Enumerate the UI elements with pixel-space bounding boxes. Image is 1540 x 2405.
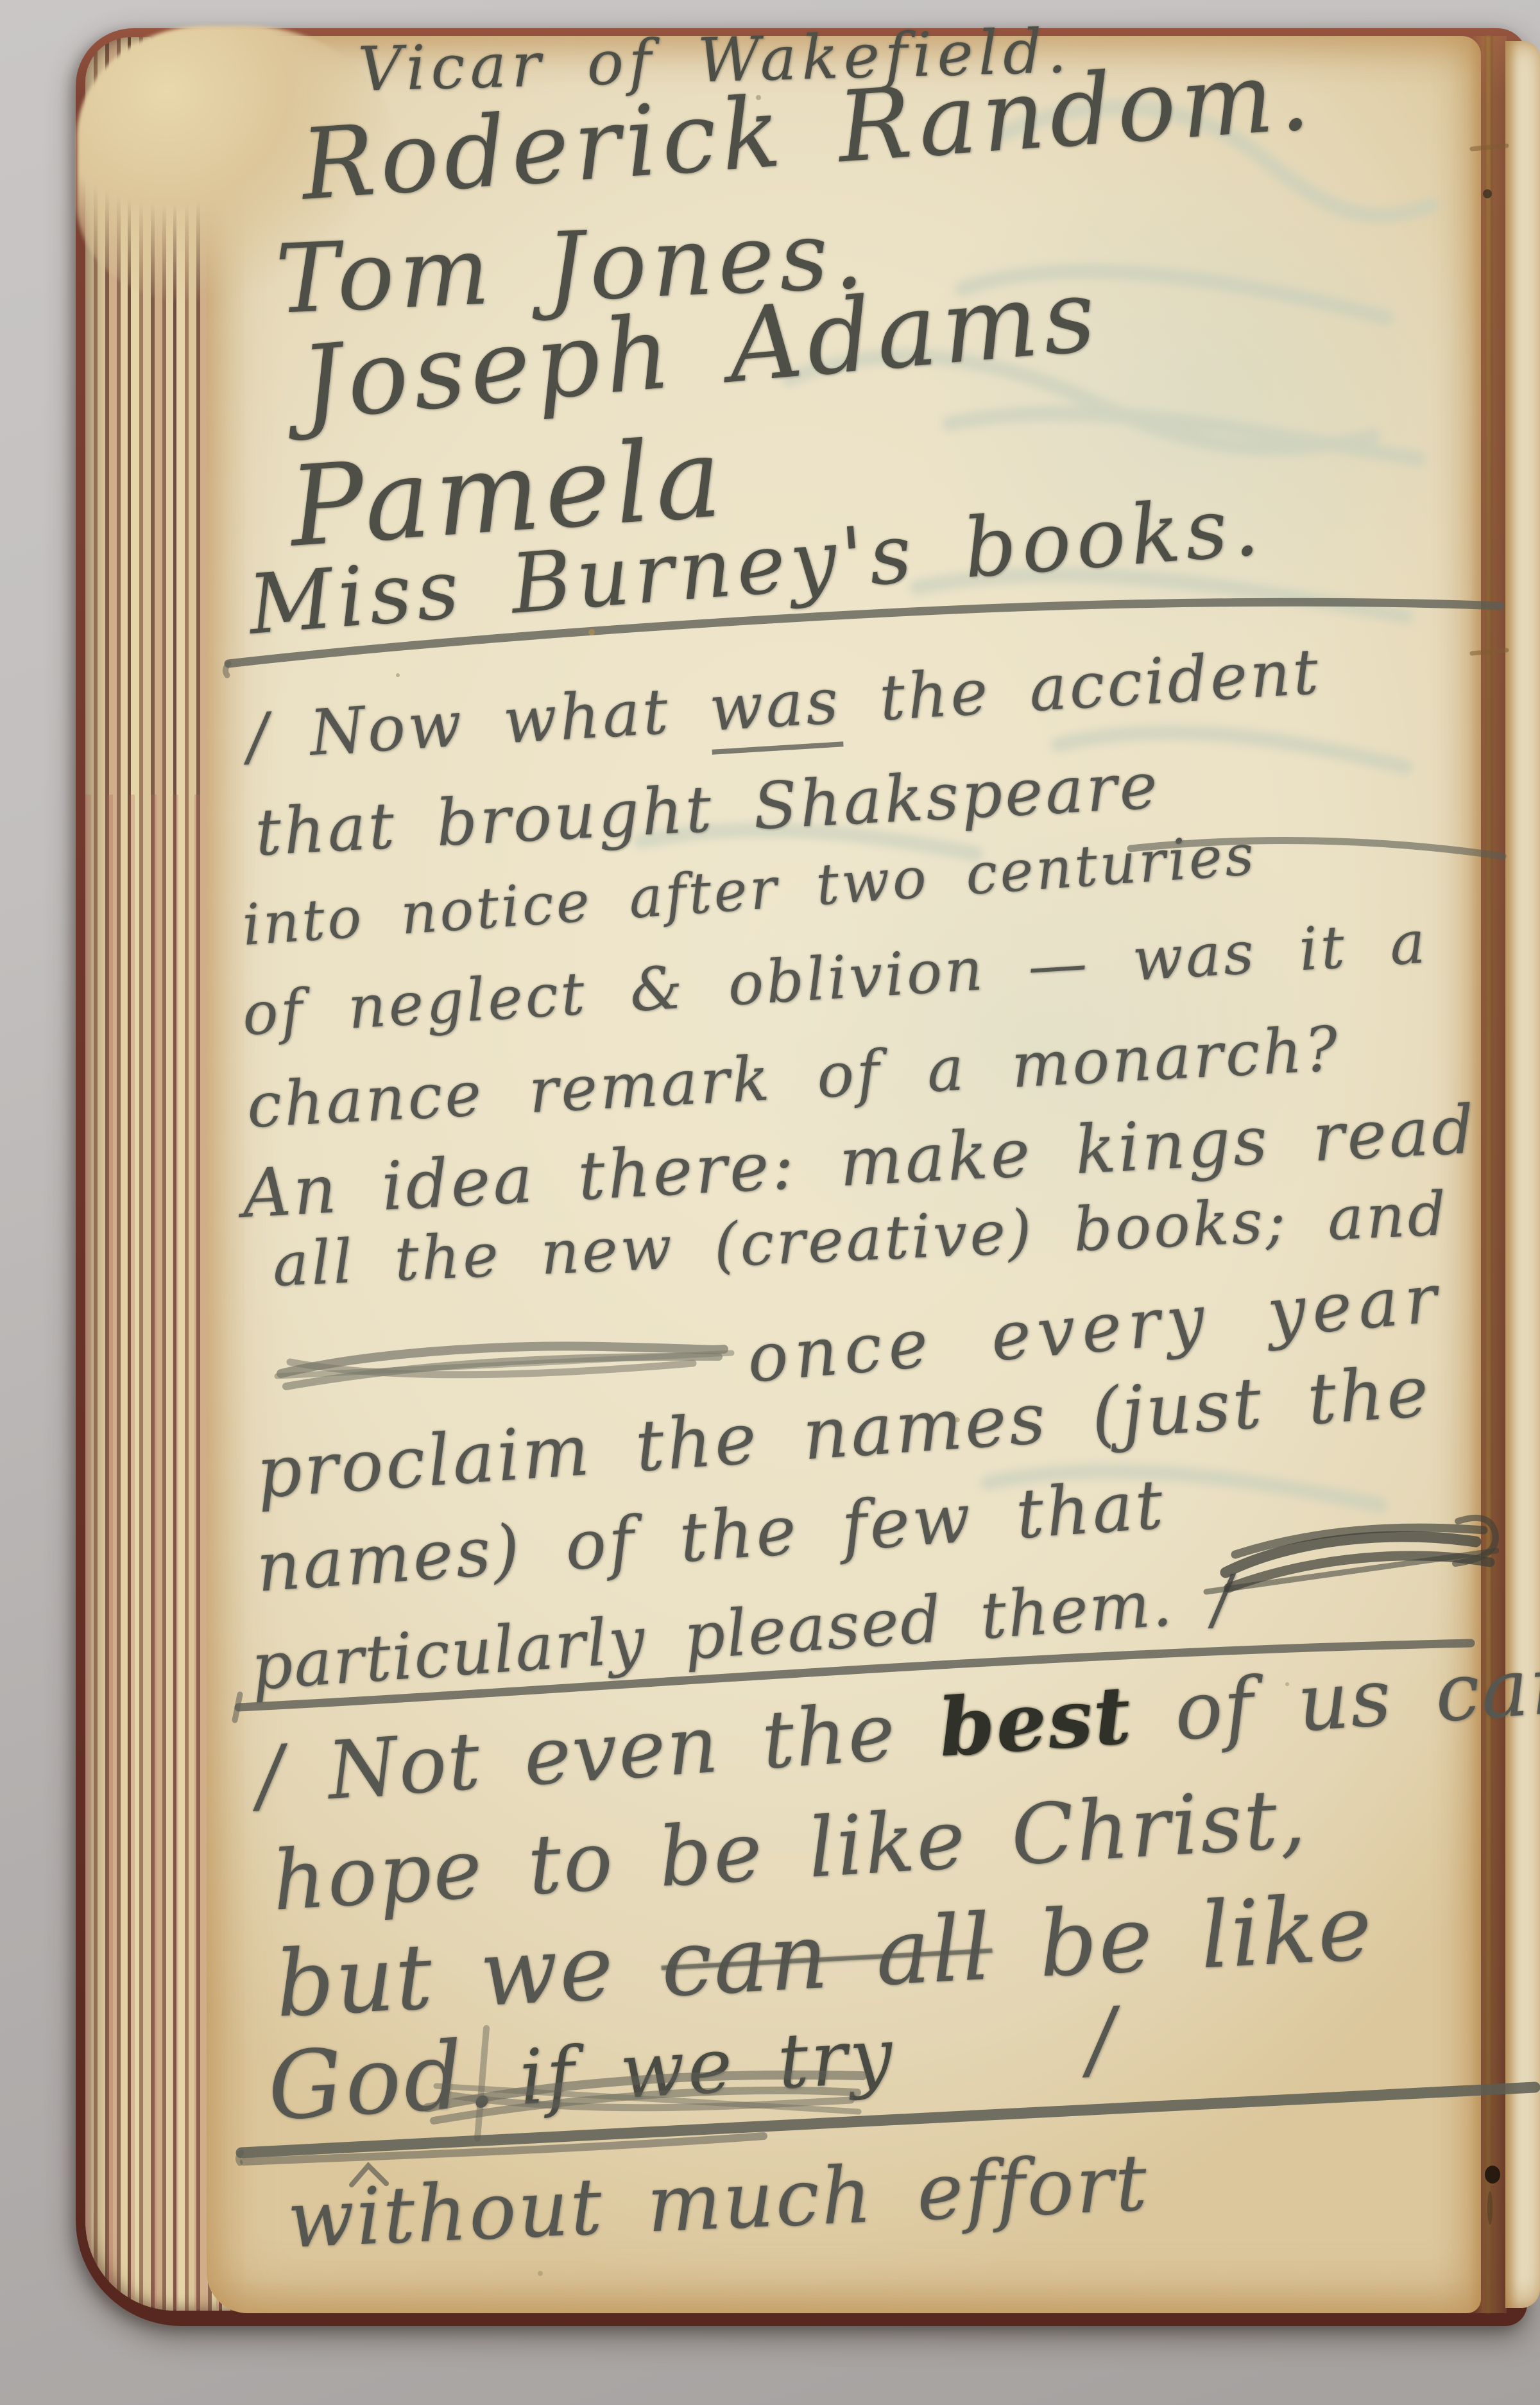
word-god: God. [265,2019,501,2142]
overwritten-word-best: best [936,1669,1134,1775]
line-text: be like [989,1875,1376,2001]
photo-of-notebook-page: Vicar of Wakefield. Roderick Random. Tom… [0,0,1540,2405]
paragraph-slash-mark: / [1084,1989,1121,2090]
gutter-crease [1469,36,1507,2313]
binding-crease-line [1486,36,1491,2313]
facing-page-sliver [1505,41,1540,2308]
underlined-word-was: was [707,665,843,755]
line-text: but we [273,1912,664,2038]
